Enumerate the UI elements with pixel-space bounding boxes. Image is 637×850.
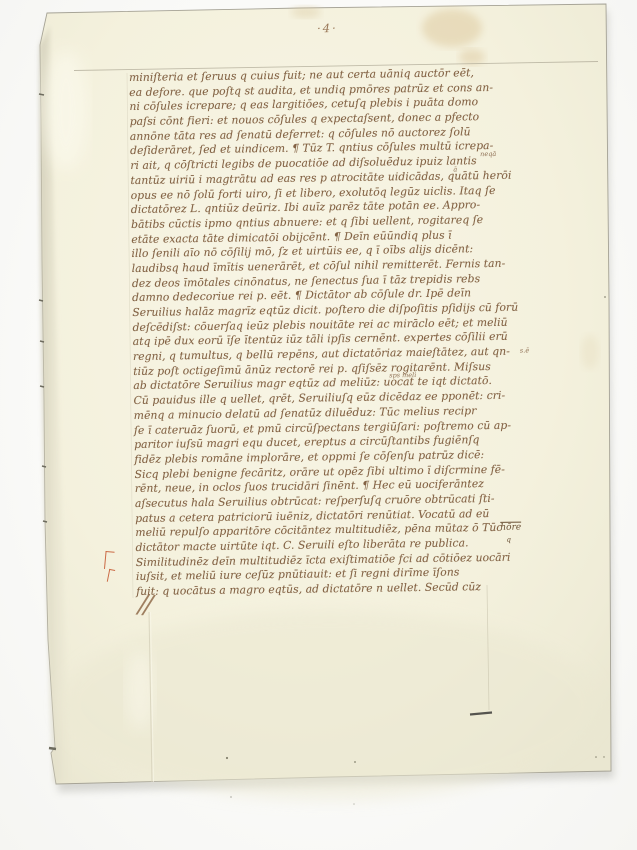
marginal-note-right: hōre [500, 523, 521, 533]
text-block: miniſteria et ſeruus q cuius fuit; ne au… [129, 65, 534, 599]
rubric-paragraph-mark [104, 551, 115, 570]
scribal-slashes: // [137, 589, 151, 620]
marginal-note-right-sub: q [506, 536, 511, 544]
manuscript-photograph: ·4· miniſteria et ſeruus q cuius fuit; n… [0, 0, 637, 850]
interlinear-gloss-maelius: sps meli [389, 371, 416, 379]
leaf-content: ·4· miniſteria et ſeruus q cuius fuit; n… [0, 0, 637, 850]
folio-number: ·4· [307, 21, 347, 36]
interlinear-gloss: neqā [480, 150, 496, 158]
rubric-paragraph-mark [107, 569, 115, 583]
interlinear-gloss: ā [453, 165, 457, 173]
marginal-gloss-small: s.ē [520, 346, 529, 354]
